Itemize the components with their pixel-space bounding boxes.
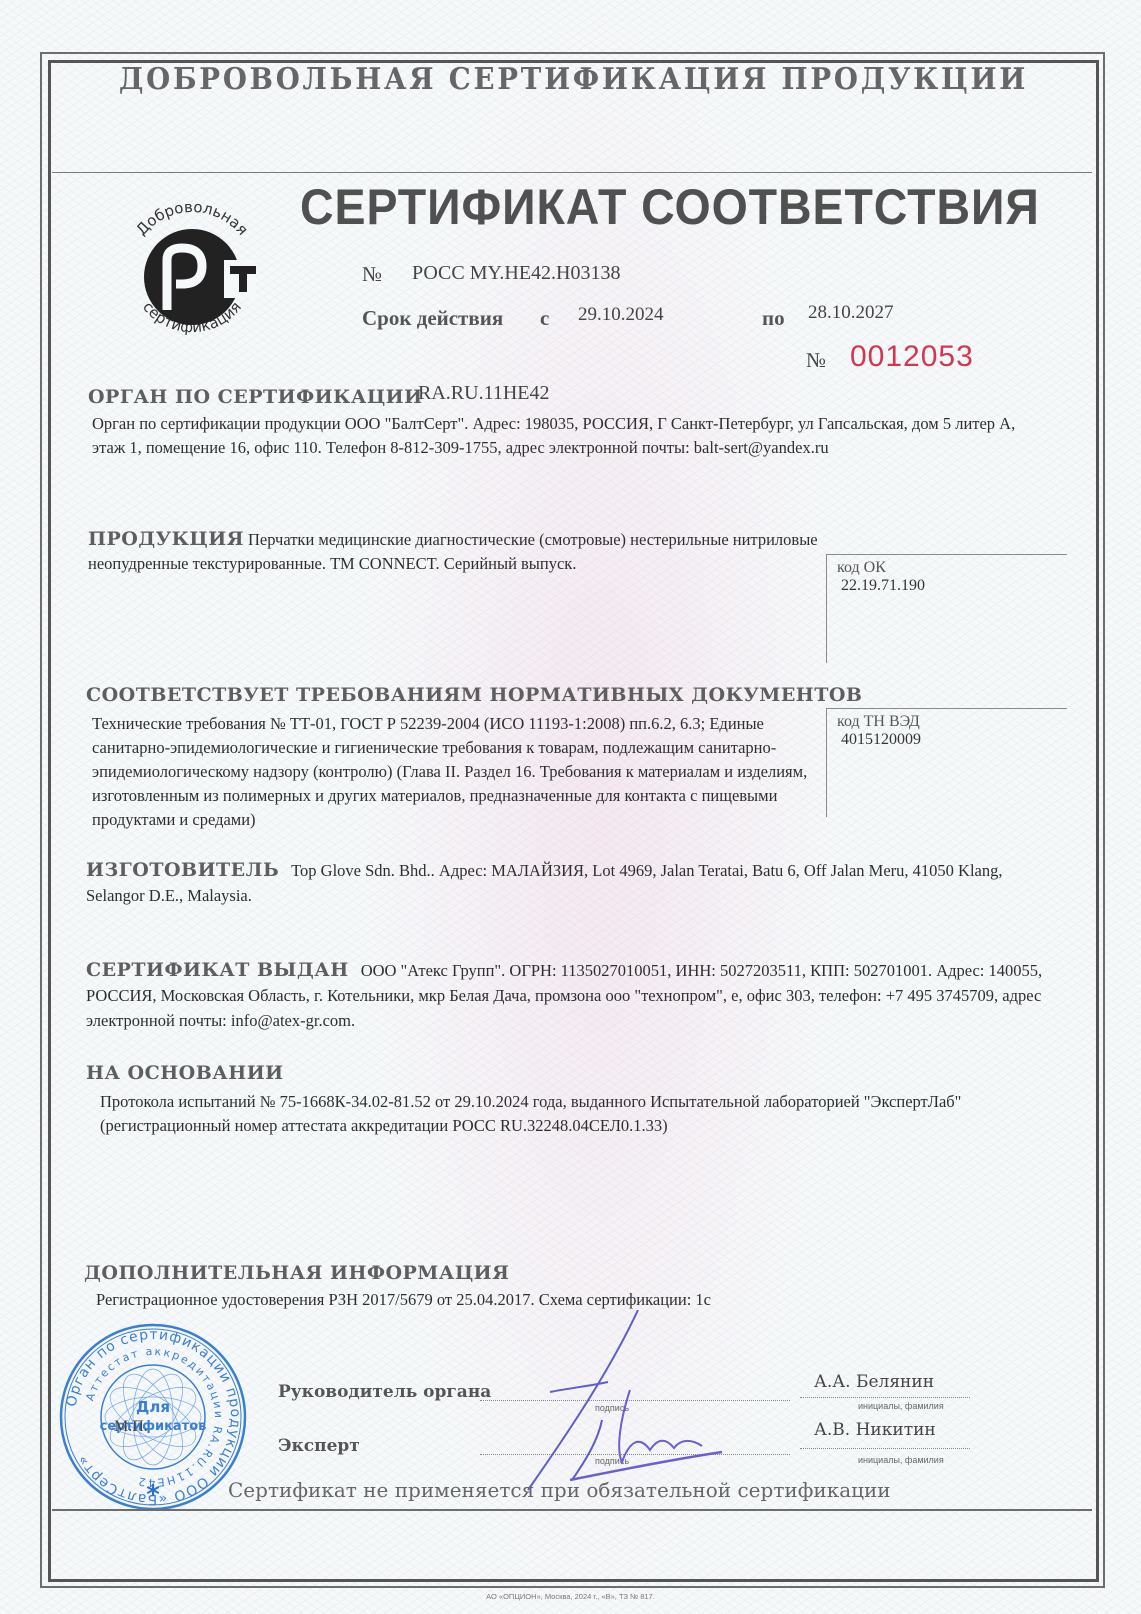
- tnved-code-box: код ТН ВЭД 4015120009: [826, 708, 1067, 817]
- head-name-caption: инициалы, фамилия: [858, 1401, 944, 1411]
- number-sign: №: [362, 262, 382, 287]
- tnved-code-value: 4015120009: [837, 731, 1067, 749]
- voluntary-certification-title: ДОБРОВОЛЬНАЯ СЕРТИФИКАЦИЯ ПРОДУКЦИИ: [90, 62, 1057, 97]
- svg-text:Аттестат аккредитации RA.RU.11: Аттестат аккредитации RA.RU.11HE42: [83, 1345, 225, 1489]
- svg-text:*: *: [146, 1480, 160, 1510]
- certification-stamp-icon: Орган по сертификации продукции ООО «Бал…: [58, 1322, 248, 1512]
- issued-to-heading: СЕРТИФИКАТ ВЫДАН: [86, 959, 349, 981]
- expert-name: А.В. Никитин: [814, 1420, 936, 1440]
- compliance-text: Технические требования № ТТ-01, ГОСТ Р 5…: [92, 712, 812, 832]
- ok-code-box: код ОК 22.19.71.190: [826, 554, 1067, 663]
- certification-body-code: RA.RU.11HE42: [418, 382, 549, 405]
- ok-code-value: 22.19.71.190: [837, 577, 1067, 595]
- tnved-code-label: код ТН ВЭД: [837, 713, 1067, 731]
- manufacturer-section: ИЗГОТОВИТЕЛЬ Top Glove Sdn. Bhd.. Адрес:…: [86, 858, 1056, 909]
- certificate-number: РОСС MY.HE42.H03138: [412, 262, 621, 285]
- certification-body-heading: ОРГАН ПО СЕРТИФИКАЦИИ: [88, 386, 423, 408]
- stamp-place-mark: М.П.: [114, 1418, 148, 1436]
- valid-from-date: 29.10.2024: [578, 304, 664, 326]
- basis-heading: НА ОСНОВАНИИ: [86, 1062, 284, 1084]
- header-divider: [52, 172, 1092, 173]
- rst-logo-icon: Добровольная сертификация: [112, 192, 272, 352]
- ok-code-label: код ОК: [837, 559, 1067, 577]
- expert-label: Эксперт: [278, 1436, 360, 1456]
- certification-body-text: Орган по сертификации продукции ООО "Бал…: [92, 412, 1022, 460]
- head-of-body-label: Руководитель органа: [278, 1382, 491, 1402]
- blank-number-sign: №: [806, 348, 826, 373]
- compliance-heading: СООТВЕТСТВУЕТ ТРЕБОВАНИЯМ НОРМАТИВНЫХ ДО…: [86, 684, 863, 706]
- expert-name-caption: инициалы, фамилия: [858, 1455, 944, 1465]
- svg-text:Для: Для: [136, 1398, 170, 1416]
- product-section: ПРОДУКЦИЯ Перчатки медицинские диагности…: [88, 528, 818, 576]
- additional-info-heading: ДОПОЛНИТЕЛЬНАЯ ИНФОРМАЦИЯ: [84, 1262, 509, 1284]
- validity-label: Срок действия: [362, 306, 503, 331]
- additional-info-text: Регистрационное удостоверения РЗН 2017/5…: [96, 1288, 996, 1312]
- blank-serial-number: 0012053: [850, 340, 974, 374]
- handwritten-signature-icon: [490, 1310, 740, 1500]
- voluntary-only-note: Сертификат не применяется при обязательн…: [228, 1478, 891, 1502]
- certificate-of-conformity-title: СЕРТИФИКАТ СООТВЕТСТВИЯ: [300, 178, 1040, 236]
- footer-divider: [52, 1509, 1092, 1511]
- valid-from-label: с: [540, 306, 549, 331]
- expert-name-line: [800, 1448, 970, 1449]
- manufacturer-heading: ИЗГОТОВИТЕЛЬ: [86, 859, 279, 881]
- product-heading: ПРОДУКЦИЯ: [88, 528, 244, 550]
- basis-text: Протокола испытаний № 75-1668К-34.02-81.…: [100, 1090, 1000, 1138]
- printer-imprint: АО «ОПЦИОН», Москва, 2024 г., «В», ТЗ № …: [0, 1592, 1141, 1601]
- valid-to-date: 28.10.2027: [808, 302, 894, 324]
- head-name-line: [800, 1397, 970, 1398]
- valid-to-label: по: [762, 306, 785, 331]
- issued-to-section: СЕРТИФИКАТ ВЫДАН ООО "Атекс Групп". ОГРН…: [86, 958, 1056, 1034]
- head-of-body-name: А.А. Белянин: [814, 1372, 934, 1392]
